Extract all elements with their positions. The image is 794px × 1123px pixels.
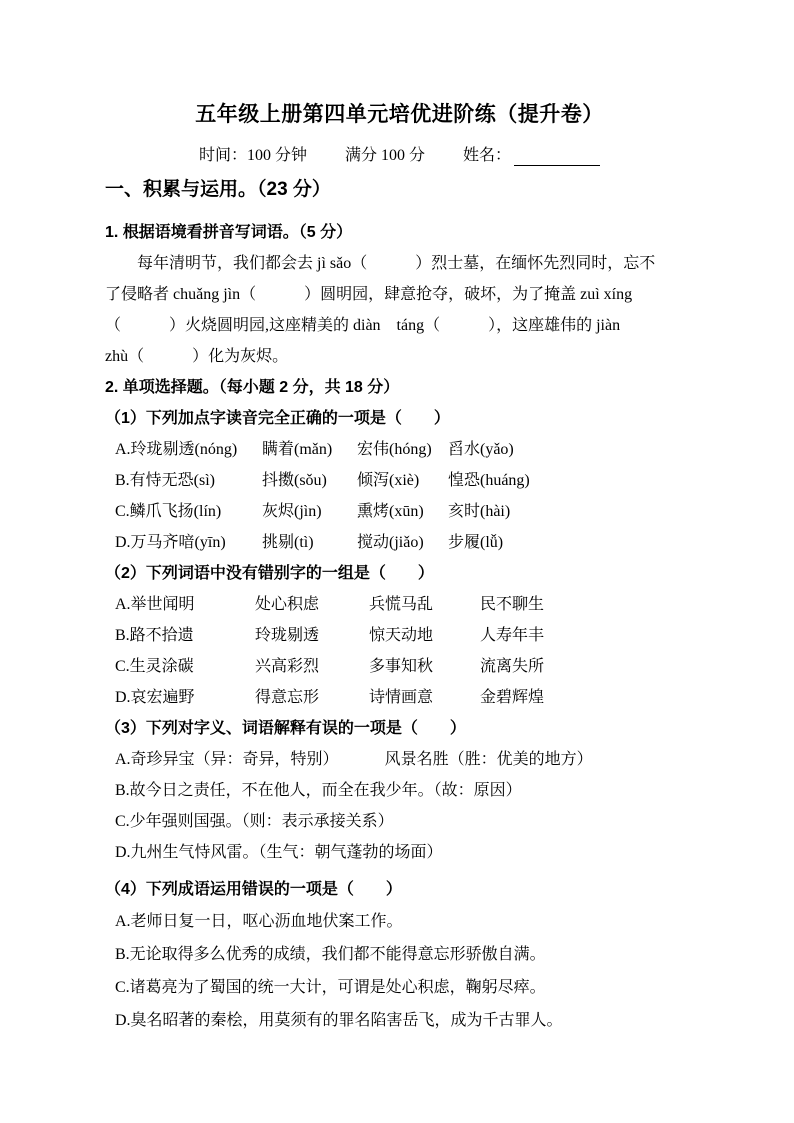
- q1-line: （ ）火烧圆明园,这座精美的 diàn táng（ ），这座雄伟的 jiàn: [105, 310, 714, 341]
- option-cell: 风景名胜（胜：优美的地方）: [385, 744, 593, 775]
- option-cell: 人寿年丰: [480, 620, 714, 651]
- option-row-a: A.举世闻明 处心积虑 兵慌马乱 民不聊生: [115, 589, 714, 620]
- option-cell: 惶恐(huáng): [448, 465, 714, 496]
- option-cell: 兵慌马乱: [369, 589, 480, 620]
- option-cell: 熏烤(xūn): [357, 496, 448, 527]
- q2-sub4-question: （4）下列成语运用错误的一项是（ ）: [105, 874, 714, 905]
- option-row-d: D.哀宏遍野 得意忘形 诗情画意 金碧辉煌: [115, 682, 714, 713]
- option-row-c: C.诸葛亮为了蜀国的统一大计，可谓是处心积虑，鞠躬尽瘁。: [115, 971, 714, 1004]
- option-row-c: C.少年强则国强。（则：表示承接关系）: [115, 806, 714, 837]
- section1-heading: 一、积累与运用。（23 分）: [105, 174, 714, 205]
- option-row-c: C.鳞爪飞扬(lín) 灰烬(jìn) 熏烤(xūn) 亥时(hài): [115, 496, 714, 527]
- option-row-b: B.故今日之责任，不在他人，而全在我少年。（故：原因）: [115, 775, 714, 806]
- option-cell: D.万马齐喑(yīn): [115, 527, 262, 558]
- option-cell: 兴高彩烈: [255, 651, 369, 682]
- name-blank-line: [514, 150, 600, 166]
- option-cell: 得意忘形: [255, 682, 369, 713]
- option-cell: 处心积虑: [255, 589, 369, 620]
- option-row-b: B.有恃无恐(sì) 抖擞(sǒu) 倾泻(xiè) 惶恐(huáng): [115, 465, 714, 496]
- option-cell: 瞒着(mǎn): [262, 434, 357, 465]
- q1-line: 了侵略者 chuǎng jìn（ ）圆明园，肆意抢夺，破坏，为了掩盖 zuì x…: [105, 279, 714, 310]
- option-cell: 挑剔(tì): [262, 527, 357, 558]
- question1-paragraph: 每年清明节，我们都会去 jì sǎo（ ）烈士墓，在缅怀先烈同时，忘不 了侵略者…: [105, 248, 714, 372]
- question2-heading: 2. 单项选择题。（每小题 2 分，共 18 分）: [105, 372, 714, 403]
- option-cell: B.有恃无恐(sì): [115, 465, 262, 496]
- option-row-b: B.无论取得多么优秀的成绩，我们都不能得意忘形骄傲自满。: [115, 938, 714, 971]
- option-cell: 诗情画意: [369, 682, 480, 713]
- option-cell: A.奇珍异宝（异：奇异，特别）: [115, 744, 339, 775]
- option-cell: 舀水(yǎo): [448, 434, 714, 465]
- option-cell: A.举世闻明: [115, 589, 255, 620]
- option-row-a: A.玲珑剔透(nóng) 瞒着(mǎn) 宏伟(hóng) 舀水(yǎo): [115, 434, 714, 465]
- page-title: 五年级上册第四单元培优进阶练（提升卷）: [85, 100, 714, 130]
- question1-heading: 1. 根据语境看拼音写词语。（5 分）: [105, 217, 714, 248]
- option-cell: C.鳞爪飞扬(lín): [115, 496, 262, 527]
- option-cell: 灰烬(jìn): [262, 496, 357, 527]
- option-cell: C.生灵涂碳: [115, 651, 255, 682]
- option-row-a: A.奇珍异宝（异：奇异，特别） 风景名胜（胜：优美的地方）: [115, 744, 714, 775]
- option-row-c: C.生灵涂碳 兴高彩烈 多事知秋 流离失所: [115, 651, 714, 682]
- option-cell: 倾泻(xiè): [357, 465, 448, 496]
- option-cell: 亥时(hài): [448, 496, 714, 527]
- name-field: 姓名：: [463, 146, 600, 166]
- q1-line: zhù（ ）化为灰烬。: [105, 341, 714, 372]
- option-row-d: D.臭名昭著的秦桧，用莫须有的罪名陷害岳飞，成为千古罪人。: [115, 1004, 714, 1037]
- q2-sub3-question: （3）下列对字义、词语解释有误的一项是（ ）: [105, 713, 714, 744]
- option-cell: 流离失所: [480, 651, 714, 682]
- q1-line: 每年清明节，我们都会去 jì sǎo（ ）烈士墓，在缅怀先烈同时，忘不: [105, 248, 714, 279]
- option-cell: 宏伟(hóng): [357, 434, 448, 465]
- option-cell: B.路不拾遗: [115, 620, 255, 651]
- option-row-b: B.路不拾遗 玲珑剔透 惊天动地 人寿年丰: [115, 620, 714, 651]
- option-cell: 惊天动地: [369, 620, 480, 651]
- option-row-d: D.九州生气恃风雷。（生气：朝气蓬勃的场面）: [115, 837, 714, 868]
- option-cell: A.玲珑剔透(nóng): [115, 434, 262, 465]
- option-row-d: D.万马齐喑(yīn) 挑剔(tì) 搅动(jiǎo) 步履(lǚ): [115, 527, 714, 558]
- option-cell: 民不聊生: [480, 589, 714, 620]
- option-cell: 玲珑剔透: [255, 620, 369, 651]
- q2-sub1-question: （1）下列加点字读音完全正确的一项是（ ）: [105, 403, 714, 434]
- option-cell: D.哀宏遍野: [115, 682, 255, 713]
- option-cell: 搅动(jiǎo): [357, 527, 448, 558]
- option-cell: 金碧辉煌: [480, 682, 714, 713]
- exam-info-line: 时间：100 分钟 满分 100 分 姓名：: [85, 146, 714, 166]
- q2-sub2-question: （2）下列词语中没有错别字的一组是（ ）: [105, 558, 714, 589]
- option-cell: 抖擞(sǒu): [262, 465, 357, 496]
- option-row-a: A.老师日复一日，呕心沥血地伏案工作。: [115, 905, 714, 938]
- full-score-label: 满分 100 分: [345, 146, 425, 166]
- name-label: 姓名：: [463, 146, 511, 166]
- option-cell: 步履(lǚ): [448, 527, 714, 558]
- time-label: 时间：100 分钟: [199, 146, 307, 166]
- exam-paper-page: 五年级上册第四单元培优进阶练（提升卷） 时间：100 分钟 满分 100 分 姓…: [0, 0, 794, 1123]
- option-cell: 多事知秋: [369, 651, 480, 682]
